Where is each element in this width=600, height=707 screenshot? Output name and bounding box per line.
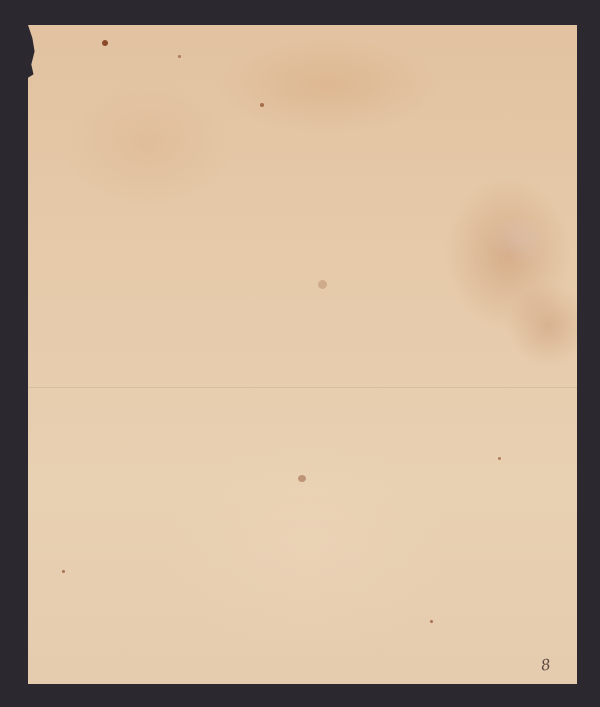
ink-spot: [430, 620, 433, 623]
paper-sheet: 8: [28, 25, 577, 684]
ink-spot: [298, 475, 306, 482]
ink-spot: [102, 40, 108, 46]
handwritten-page-number: 8: [540, 655, 552, 674]
fold-line: [28, 387, 577, 388]
ink-spot: [62, 570, 65, 573]
ink-spot: [178, 55, 181, 58]
ink-spot: [318, 280, 327, 289]
ink-spot: [260, 103, 264, 107]
ink-spot: [498, 457, 501, 460]
